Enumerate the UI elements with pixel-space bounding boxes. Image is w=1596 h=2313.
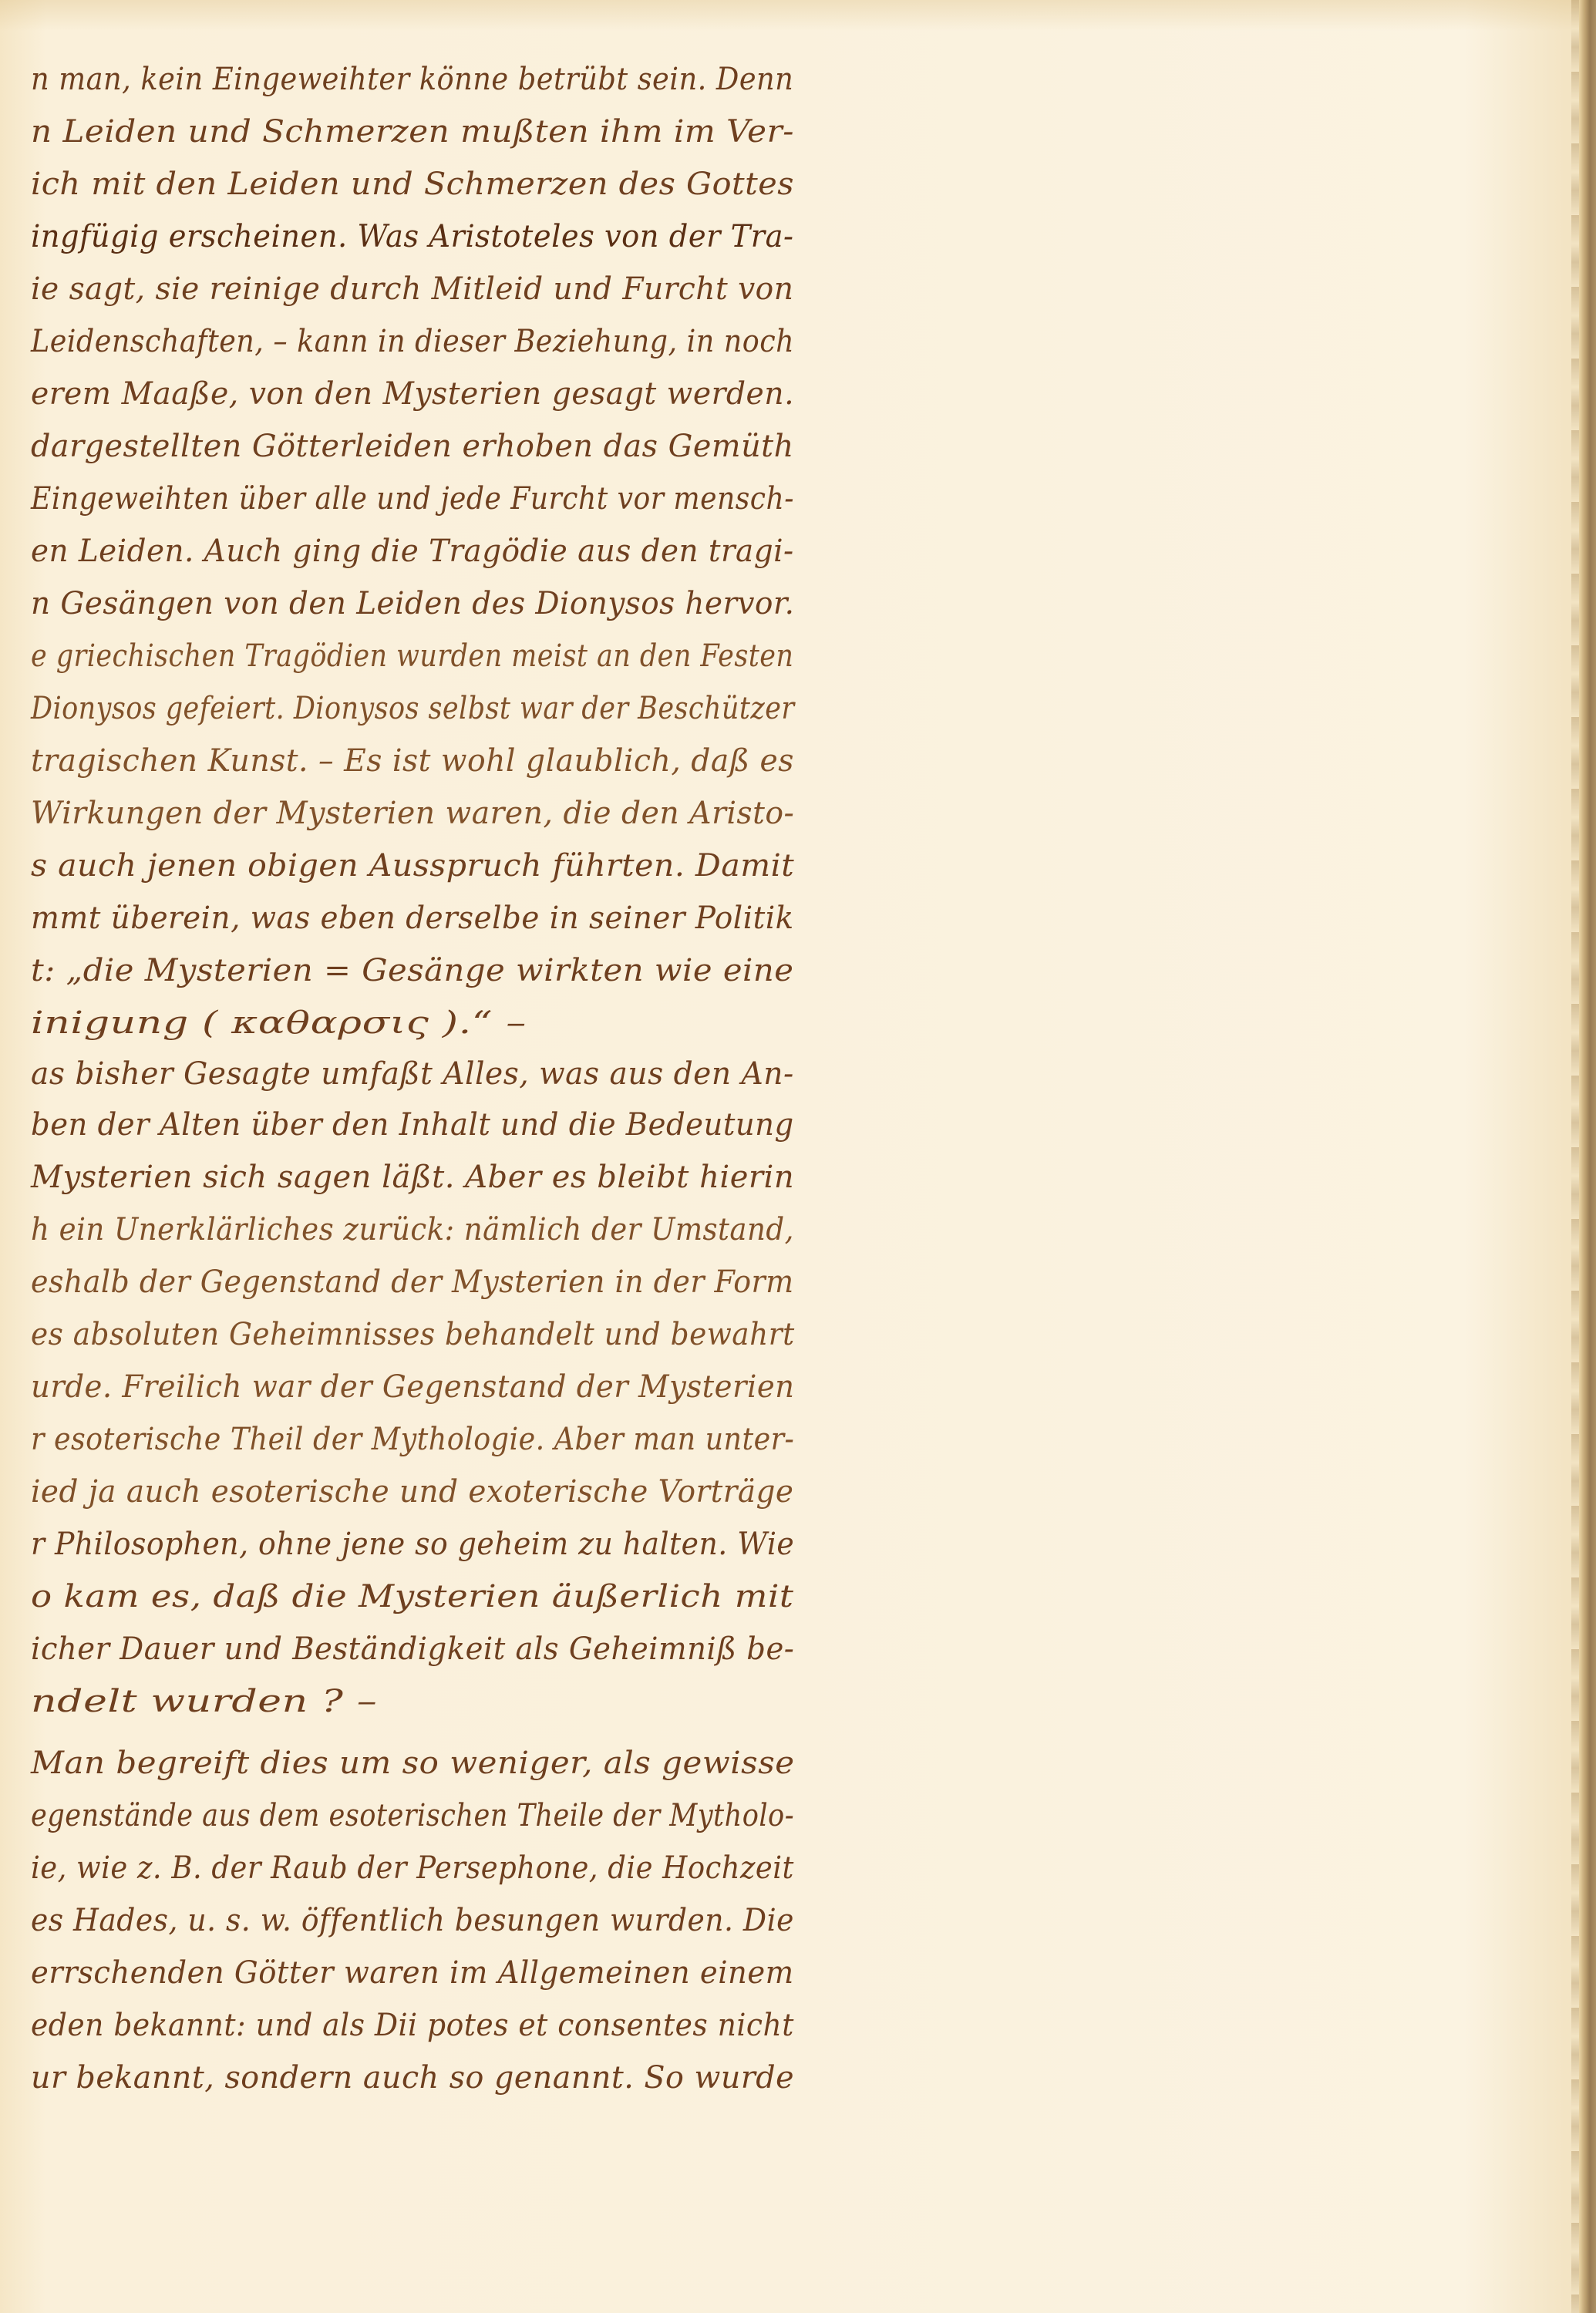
text-line: Mysterien sich sagen läßt. Aber es bleib… <box>31 1160 794 1195</box>
text-line: en Leiden. Auch ging die Tragödie aus de… <box>31 534 794 569</box>
text-line: urde. Freilich war der Gegenstand der My… <box>31 1369 795 1405</box>
text-line: ndelt wurden ? – <box>31 1684 377 1719</box>
text-line: ied ja auch esoterische und exoterische … <box>31 1474 793 1510</box>
text-line: n Leiden und Schmerzen mußten ihm im Ver… <box>31 114 794 150</box>
manuscript-page: n man, kein Eingeweihter könne betrübt s… <box>0 0 1596 2313</box>
text-line: e griechischen Tragödien wurden meist an… <box>31 638 793 674</box>
text-line: dargestellten Götterleiden erhoben das G… <box>31 429 794 464</box>
text-line: eshalb der Gegenstand der Mysterien in d… <box>31 1264 794 1300</box>
text-line: es Hades, u. s. w. öffentlich besungen w… <box>31 1903 794 1938</box>
text-line: ich mit den Leiden und Schmerzen des Got… <box>31 167 794 202</box>
text-line: n Gesängen von den Leiden des Dionysos h… <box>31 586 795 621</box>
text-line: Man begreift dies um so weniger, als gew… <box>31 1746 795 1781</box>
text-line: mmt überein, was eben derselbe in seiner… <box>31 901 794 936</box>
text-line: h ein Unerklärliches zurück: nämlich der… <box>31 1212 794 1247</box>
page-fore-edge <box>1579 0 1596 2313</box>
text-line: o kam es, daß die Mysterien äußerlich mi… <box>31 1579 794 1614</box>
text-line: s auch jenen obigen Ausspruch führten. D… <box>31 848 794 884</box>
text-line: n man, kein Eingeweihter könne betrübt s… <box>31 62 793 97</box>
text-line: Leidenschaften, – kann in dieser Beziehu… <box>31 324 794 359</box>
text-line: tragischen Kunst. – Es ist wohl glaublic… <box>31 743 794 779</box>
text-line: eden bekannt: und als Dii potes et conse… <box>31 2008 794 2043</box>
text-line: ur bekannt, sondern auch so genannt. So … <box>31 2060 794 2096</box>
text-line: Eingeweihten über alle und jede Furcht v… <box>31 481 794 517</box>
text-line: Dionysos gefeiert. Dionysos selbst war d… <box>31 691 795 726</box>
text-line: ingfügig erscheinen. Was Aristoteles von… <box>31 219 793 254</box>
text-line: ie sagt, sie reinige durch Mitleid und F… <box>31 271 793 307</box>
text-line: inigung ( καθαρσις ).“ – <box>31 1005 527 1041</box>
text-line: r Philosophen, ohne jene so geheim zu ha… <box>31 1527 794 1562</box>
text-line: ie, wie z. B. der Raub der Persephone, d… <box>31 1850 794 1886</box>
text-line: Wirkungen der Mysterien waren, die den A… <box>31 796 794 831</box>
text-line: errschenden Götter waren im Allgemeinen … <box>31 1955 794 1991</box>
text-line: egenstände aus dem esoterischen Theile d… <box>31 1798 794 1833</box>
text-line: ben der Alten über den Inhalt und die Be… <box>31 1107 794 1143</box>
text-line: erem Maaße, von den Mysterien gesagt wer… <box>31 376 794 412</box>
text-line: as bisher Gesagte umfaßt Alles, was aus … <box>31 1056 794 1092</box>
text-line: icher Dauer und Beständigkeit als Geheim… <box>31 1631 794 1667</box>
text-line: r esoterische Theil der Mythologie. Aber… <box>31 1422 794 1457</box>
text-line: es absoluten Geheimnisses behandelt und … <box>31 1317 795 1352</box>
text-line: t: „die Mysterien = Gesänge wirkten wie … <box>31 953 793 988</box>
